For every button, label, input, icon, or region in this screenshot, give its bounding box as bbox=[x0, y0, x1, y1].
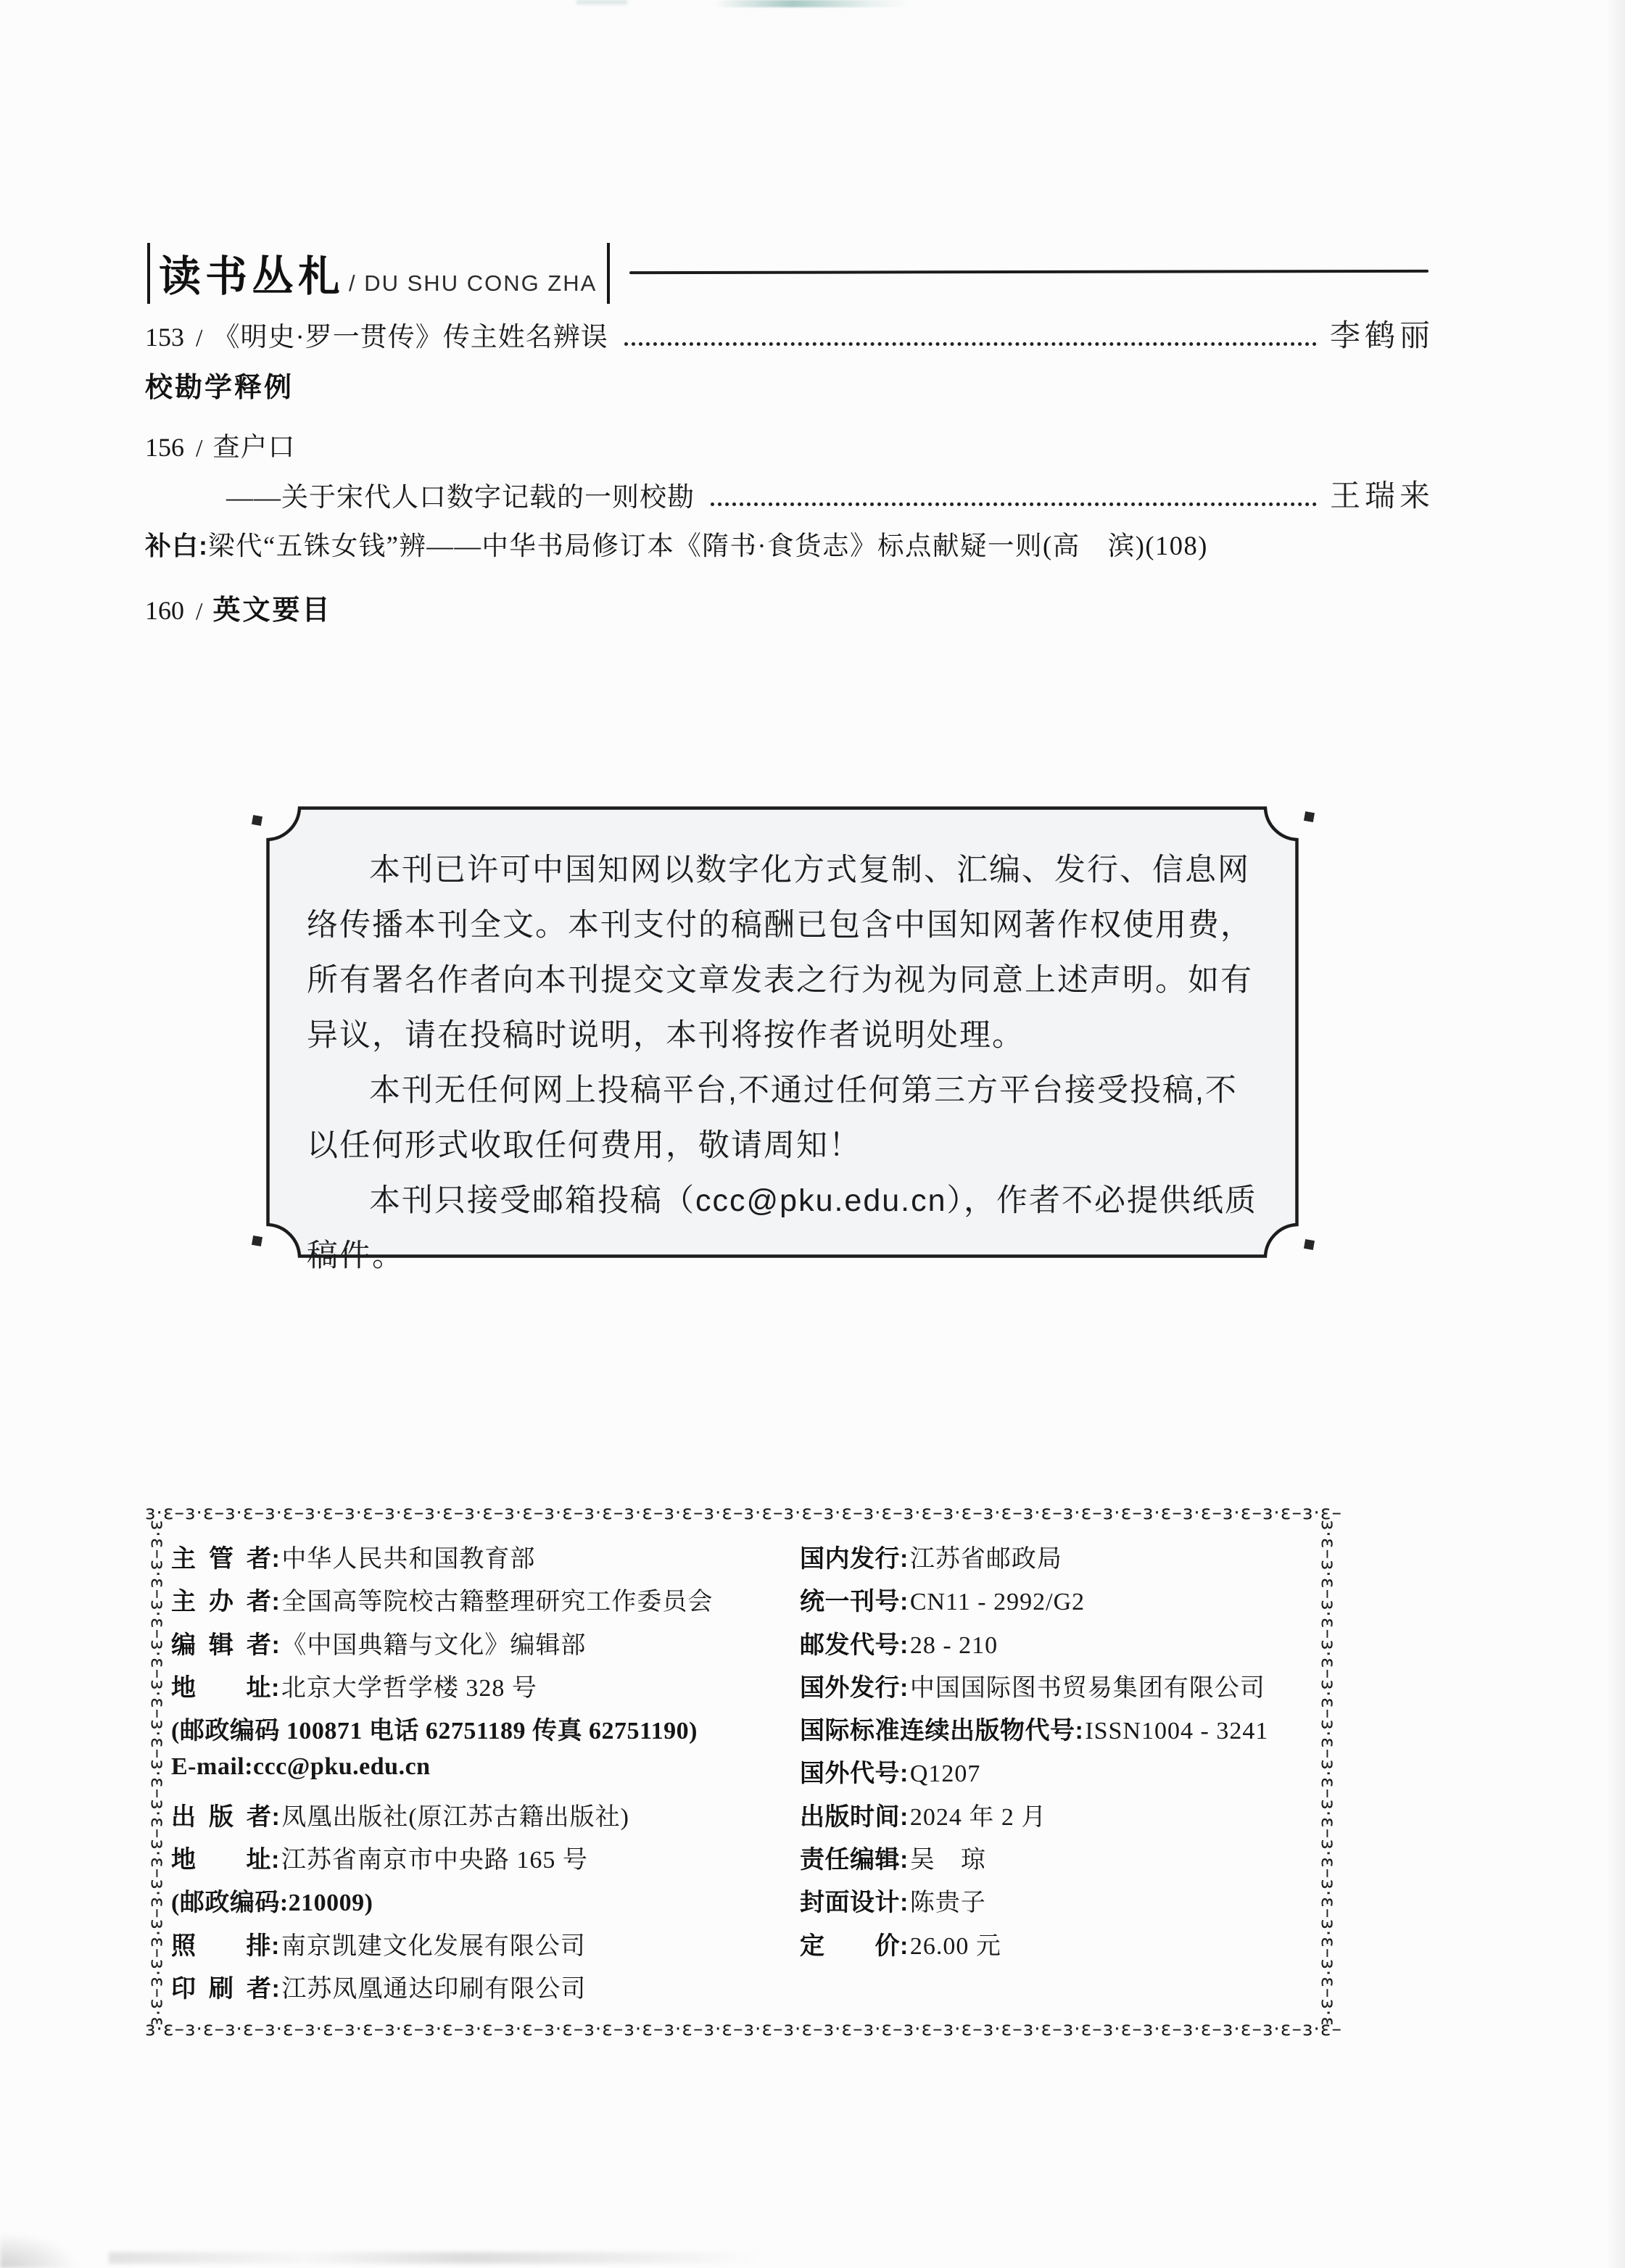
colophon-row: 印 刷 者:江苏凤凰通达印刷有限公司 bbox=[171, 1969, 795, 2011]
notice-paragraph-3: 本刊只接受邮箱投稿（ccc@pku.edu.cn），作者不必提供纸质稿件。 bbox=[307, 1173, 1258, 1283]
colophon-row: 国际标准连续出版物代号:ISSN1004 - 3241 bbox=[800, 1710, 1329, 1753]
toc-page-number: 160 bbox=[145, 595, 184, 626]
colophon-field-value: 陈贵子 bbox=[910, 1882, 986, 1918]
colophon-field-value: Q1207 bbox=[910, 1760, 981, 1788]
colophon-field-label: 照 排: bbox=[171, 1926, 280, 1961]
colophon-border-top: ɜ·ε–ɜ·ε–ɜ·ε–ɜ·ε–ɜ·ε–ɜ·ε–ɜ·ε–ɜ·ε–ɜ·ε–ɜ·ε–… bbox=[145, 1502, 1341, 1524]
colophon-field-label: 国外发行: bbox=[800, 1668, 909, 1703]
colophon-field-value: 南京凯建文化发展有限公司 bbox=[281, 1926, 586, 1961]
notice-corner-mark bbox=[252, 815, 262, 826]
colophon-row: 主 管 者:中华人民共和国教育部 bbox=[171, 1539, 795, 1581]
notice-corner-mark bbox=[1304, 1239, 1315, 1250]
colophon-row: 编 辑 者:《中国典籍与文化》编辑部 bbox=[171, 1625, 795, 1668]
notice-corner-mark bbox=[252, 1236, 262, 1246]
toc-page-number: 156 bbox=[145, 432, 184, 463]
toc-filler-prefix: 补白: bbox=[145, 526, 208, 563]
toc-section-heading: 校勘学释例 bbox=[145, 365, 1434, 405]
colophon-field-label: 责任编辑: bbox=[800, 1839, 909, 1875]
colophon-field-label: 编 辑 者: bbox=[171, 1625, 280, 1660]
toc-page-number: 153 bbox=[145, 322, 184, 352]
scan-artifact-teal-mark bbox=[576, 0, 627, 4]
colophon-field-label: 主 办 者: bbox=[171, 1581, 280, 1617]
toc-entry-160: 160/英文要目 bbox=[145, 587, 1434, 627]
toc-entry-title: 《明史·罗一贯传》传主姓名辨误 bbox=[212, 315, 608, 354]
colophon-row: 出版时间:2024 年 2 月 bbox=[800, 1797, 1329, 1839]
colophon-plain-text: E-mail:ccc@pku.edu.cn bbox=[171, 1753, 431, 1781]
colophon-border-bottom: ɜ·ε–ɜ·ε–ɜ·ε–ɜ·ε–ɜ·ε–ɜ·ε–ɜ·ε–ɜ·ε–ɜ·ε–ɜ·ε–… bbox=[145, 2019, 1341, 2040]
colophon-field-label: 印 刷 者: bbox=[171, 1969, 280, 2004]
colophon-field-label: 出版时间: bbox=[800, 1797, 909, 1832]
dot-leader bbox=[711, 502, 1317, 506]
colophon-row: 地 址:江苏省南京市中央路 165 号 bbox=[171, 1839, 795, 1882]
colophon-field-value: 26.00 元 bbox=[910, 1926, 1001, 1961]
colophon-field-value: ISSN1004 - 3241 bbox=[1085, 1718, 1268, 1745]
colophon-field-label: 主 管 者: bbox=[171, 1539, 280, 1574]
colophon-row: 照 排:南京凯建文化发展有限公司 bbox=[171, 1926, 795, 1969]
header-rule bbox=[629, 270, 1428, 274]
colophon-row: 国外代号:Q1207 bbox=[800, 1753, 1329, 1796]
colophon-field-value: 全国高等院校古籍整理研究工作委员会 bbox=[281, 1581, 713, 1617]
toc-subtitle-text: ——关于宋代人口数字记载的一则校勘 bbox=[226, 475, 695, 514]
toc-entry-156: 156/查户口 bbox=[145, 425, 1434, 464]
scan-artifact-bottom-left bbox=[0, 2232, 80, 2268]
colophon-field-value: 吴 琼 bbox=[910, 1839, 986, 1875]
colophon-field-value: 28 - 210 bbox=[910, 1632, 998, 1660]
toc-entry-153: 153/《明史·罗一贯传》传主姓名辨误 李鹤丽 bbox=[145, 312, 1434, 355]
toc-filler-row: 补白:梁代“五铢女钱”辨——中华书局修订本《隋书·食货志》标点献疑一则(高 滨)… bbox=[145, 525, 1434, 563]
colophon-field-value: 江苏凤凰通达印刷有限公司 bbox=[281, 1969, 586, 2004]
section-title: 读书丛札 bbox=[159, 242, 344, 303]
toc-entry-title: 查户口 bbox=[212, 425, 295, 464]
colophon-field-value: 中华人民共和国教育部 bbox=[281, 1539, 535, 1574]
colophon-row: 国外发行:中国国际图书贸易集团有限公司 bbox=[800, 1668, 1329, 1710]
colophon-field-label: 出 版 者: bbox=[171, 1797, 280, 1832]
toc-section-heading-text: 校勘学释例 bbox=[145, 365, 294, 405]
toc-subtitle-row: ——关于宋代人口数字记载的一则校勘 王瑞来 bbox=[145, 472, 1434, 516]
colophon-box: ɜ·ε–ɜ·ε–ɜ·ε–ɜ·ε–ɜ·ε–ɜ·ε–ɜ·ε–ɜ·ε–ɜ·ε–ɜ·ε–… bbox=[145, 1502, 1341, 2043]
notice-paragraph-2: 本刊无任何网上投稿平台,不通过任何第三方平台接受投稿,不以任何形式收取任何费用，… bbox=[307, 1063, 1258, 1173]
colophon-field-value: 《中国典籍与文化》编辑部 bbox=[281, 1625, 586, 1660]
colophon-row: (邮政编码:210009) bbox=[171, 1882, 795, 1925]
colophon-plain-text: (邮政编码 100871 电话 62751189 传真 62751190) bbox=[171, 1710, 698, 1746]
toc-author: 王瑞来 bbox=[1330, 472, 1434, 516]
colophon-field-label: 国外代号: bbox=[800, 1753, 909, 1789]
colophon-field-label: 统一刊号: bbox=[800, 1581, 909, 1617]
notice-text: 本刊已许可中国知网以数字化方式复制、汇编、发行、信息网络传播本刊全文。本刊支付的… bbox=[266, 806, 1299, 1258]
colophon-field-label: 定 价: bbox=[800, 1926, 909, 1961]
colophon-field-label: 地 址: bbox=[171, 1668, 280, 1703]
colophon-field-value: 江苏省南京市中央路 165 号 bbox=[281, 1839, 588, 1875]
colophon-field-label: 邮发代号: bbox=[800, 1625, 909, 1660]
scan-artifact-teal-strip bbox=[714, 0, 910, 7]
colophon-field-value: 凤凰出版社(原江苏古籍出版社) bbox=[281, 1797, 629, 1832]
scan-artifact-right-edge bbox=[1606, 0, 1625, 2268]
toc-slash: / bbox=[196, 325, 202, 352]
toc-filler-text: 梁代“五铢女钱”辨——中华书局修订本《隋书·食货志》标点献疑一则(高 滨)(10… bbox=[208, 525, 1208, 563]
colophon-row: E-mail:ccc@pku.edu.cn bbox=[171, 1753, 795, 1796]
colophon-plain-text: (邮政编码:210009) bbox=[171, 1882, 373, 1918]
scan-artifact-bottom-smudge bbox=[109, 2252, 761, 2264]
toc-slash: / bbox=[196, 435, 202, 463]
colophon-row: 邮发代号:28 - 210 bbox=[800, 1625, 1329, 1668]
colophon-row: 责任编辑:吴 琼 bbox=[800, 1839, 1329, 1882]
header-left-bar bbox=[147, 243, 150, 304]
toc-author: 李鹤丽 bbox=[1330, 312, 1434, 355]
colophon-left-column: 主 管 者:中华人民共和国教育部主 办 者:全国高等院校古籍整理研究工作委员会编… bbox=[171, 1539, 795, 2011]
section-subtitle: / DU SHU CONG ZHA bbox=[349, 270, 597, 297]
colophon-row: 国内发行:江苏省邮政局 bbox=[800, 1539, 1329, 1581]
colophon-field-value: 2024 年 2 月 bbox=[910, 1797, 1047, 1832]
colophon-right-column: 国内发行:江苏省邮政局统一刊号:CN11 - 2992/G2邮发代号:28 - … bbox=[800, 1539, 1329, 1969]
colophon-row: 定 价:26.00 元 bbox=[800, 1926, 1329, 1969]
colophon-row: 出 版 者:凤凰出版社(原江苏古籍出版社) bbox=[171, 1797, 795, 1839]
colophon-row: 主 办 者:全国高等院校古籍整理研究工作委员会 bbox=[171, 1581, 795, 1624]
colophon-row: 封面设计:陈贵子 bbox=[800, 1882, 1329, 1925]
notice-paragraph-1: 本刊已许可中国知网以数字化方式复制、汇编、发行、信息网络传播本刊全文。本刊支付的… bbox=[307, 843, 1258, 1063]
colophon-row: 地 址:北京大学哲学楼 328 号 bbox=[171, 1668, 795, 1710]
notice-corner-mark bbox=[1304, 811, 1315, 822]
colophon-field-label: 国内发行: bbox=[800, 1539, 909, 1574]
colophon-row: (邮政编码 100871 电话 62751189 传真 62751190) bbox=[171, 1710, 795, 1753]
colophon-field-label: 封面设计: bbox=[800, 1882, 909, 1918]
colophon-row: 统一刊号:CN11 - 2992/G2 bbox=[800, 1581, 1329, 1624]
colophon-field-label: 地 址: bbox=[171, 1839, 280, 1875]
toc-entry-title: 英文要目 bbox=[212, 587, 331, 627]
section-header: 读书丛札 / DU SHU CONG ZHA bbox=[147, 242, 610, 305]
toc-slash: / bbox=[196, 598, 202, 626]
publisher-notice-box: 本刊已许可中国知网以数字化方式复制、汇编、发行、信息网络传播本刊全文。本刊支付的… bbox=[266, 806, 1299, 1258]
header-right-bar bbox=[607, 243, 610, 304]
colophon-field-value: 江苏省邮政局 bbox=[910, 1539, 1062, 1574]
scanned-journal-page: { "header": { "title": "读书丛札", "subtitle… bbox=[0, 0, 1625, 2268]
colophon-border-left: ɜ·ε–ɜ·ε–ɜ·ε–ɜ·ε–ɜ·ε–ɜ·ε–ɜ·ε–ɜ·ε–ɜ·ε–ɜ·ε–… bbox=[146, 1520, 168, 2024]
colophon-field-value: 中国国际图书贸易集团有限公司 bbox=[910, 1668, 1265, 1703]
colophon-field-value: CN11 - 2992/G2 bbox=[910, 1589, 1085, 1616]
dot-leader bbox=[624, 342, 1317, 346]
colophon-field-label: 国际标准连续出版物代号: bbox=[800, 1710, 1083, 1746]
colophon-field-value: 北京大学哲学楼 328 号 bbox=[281, 1668, 537, 1703]
